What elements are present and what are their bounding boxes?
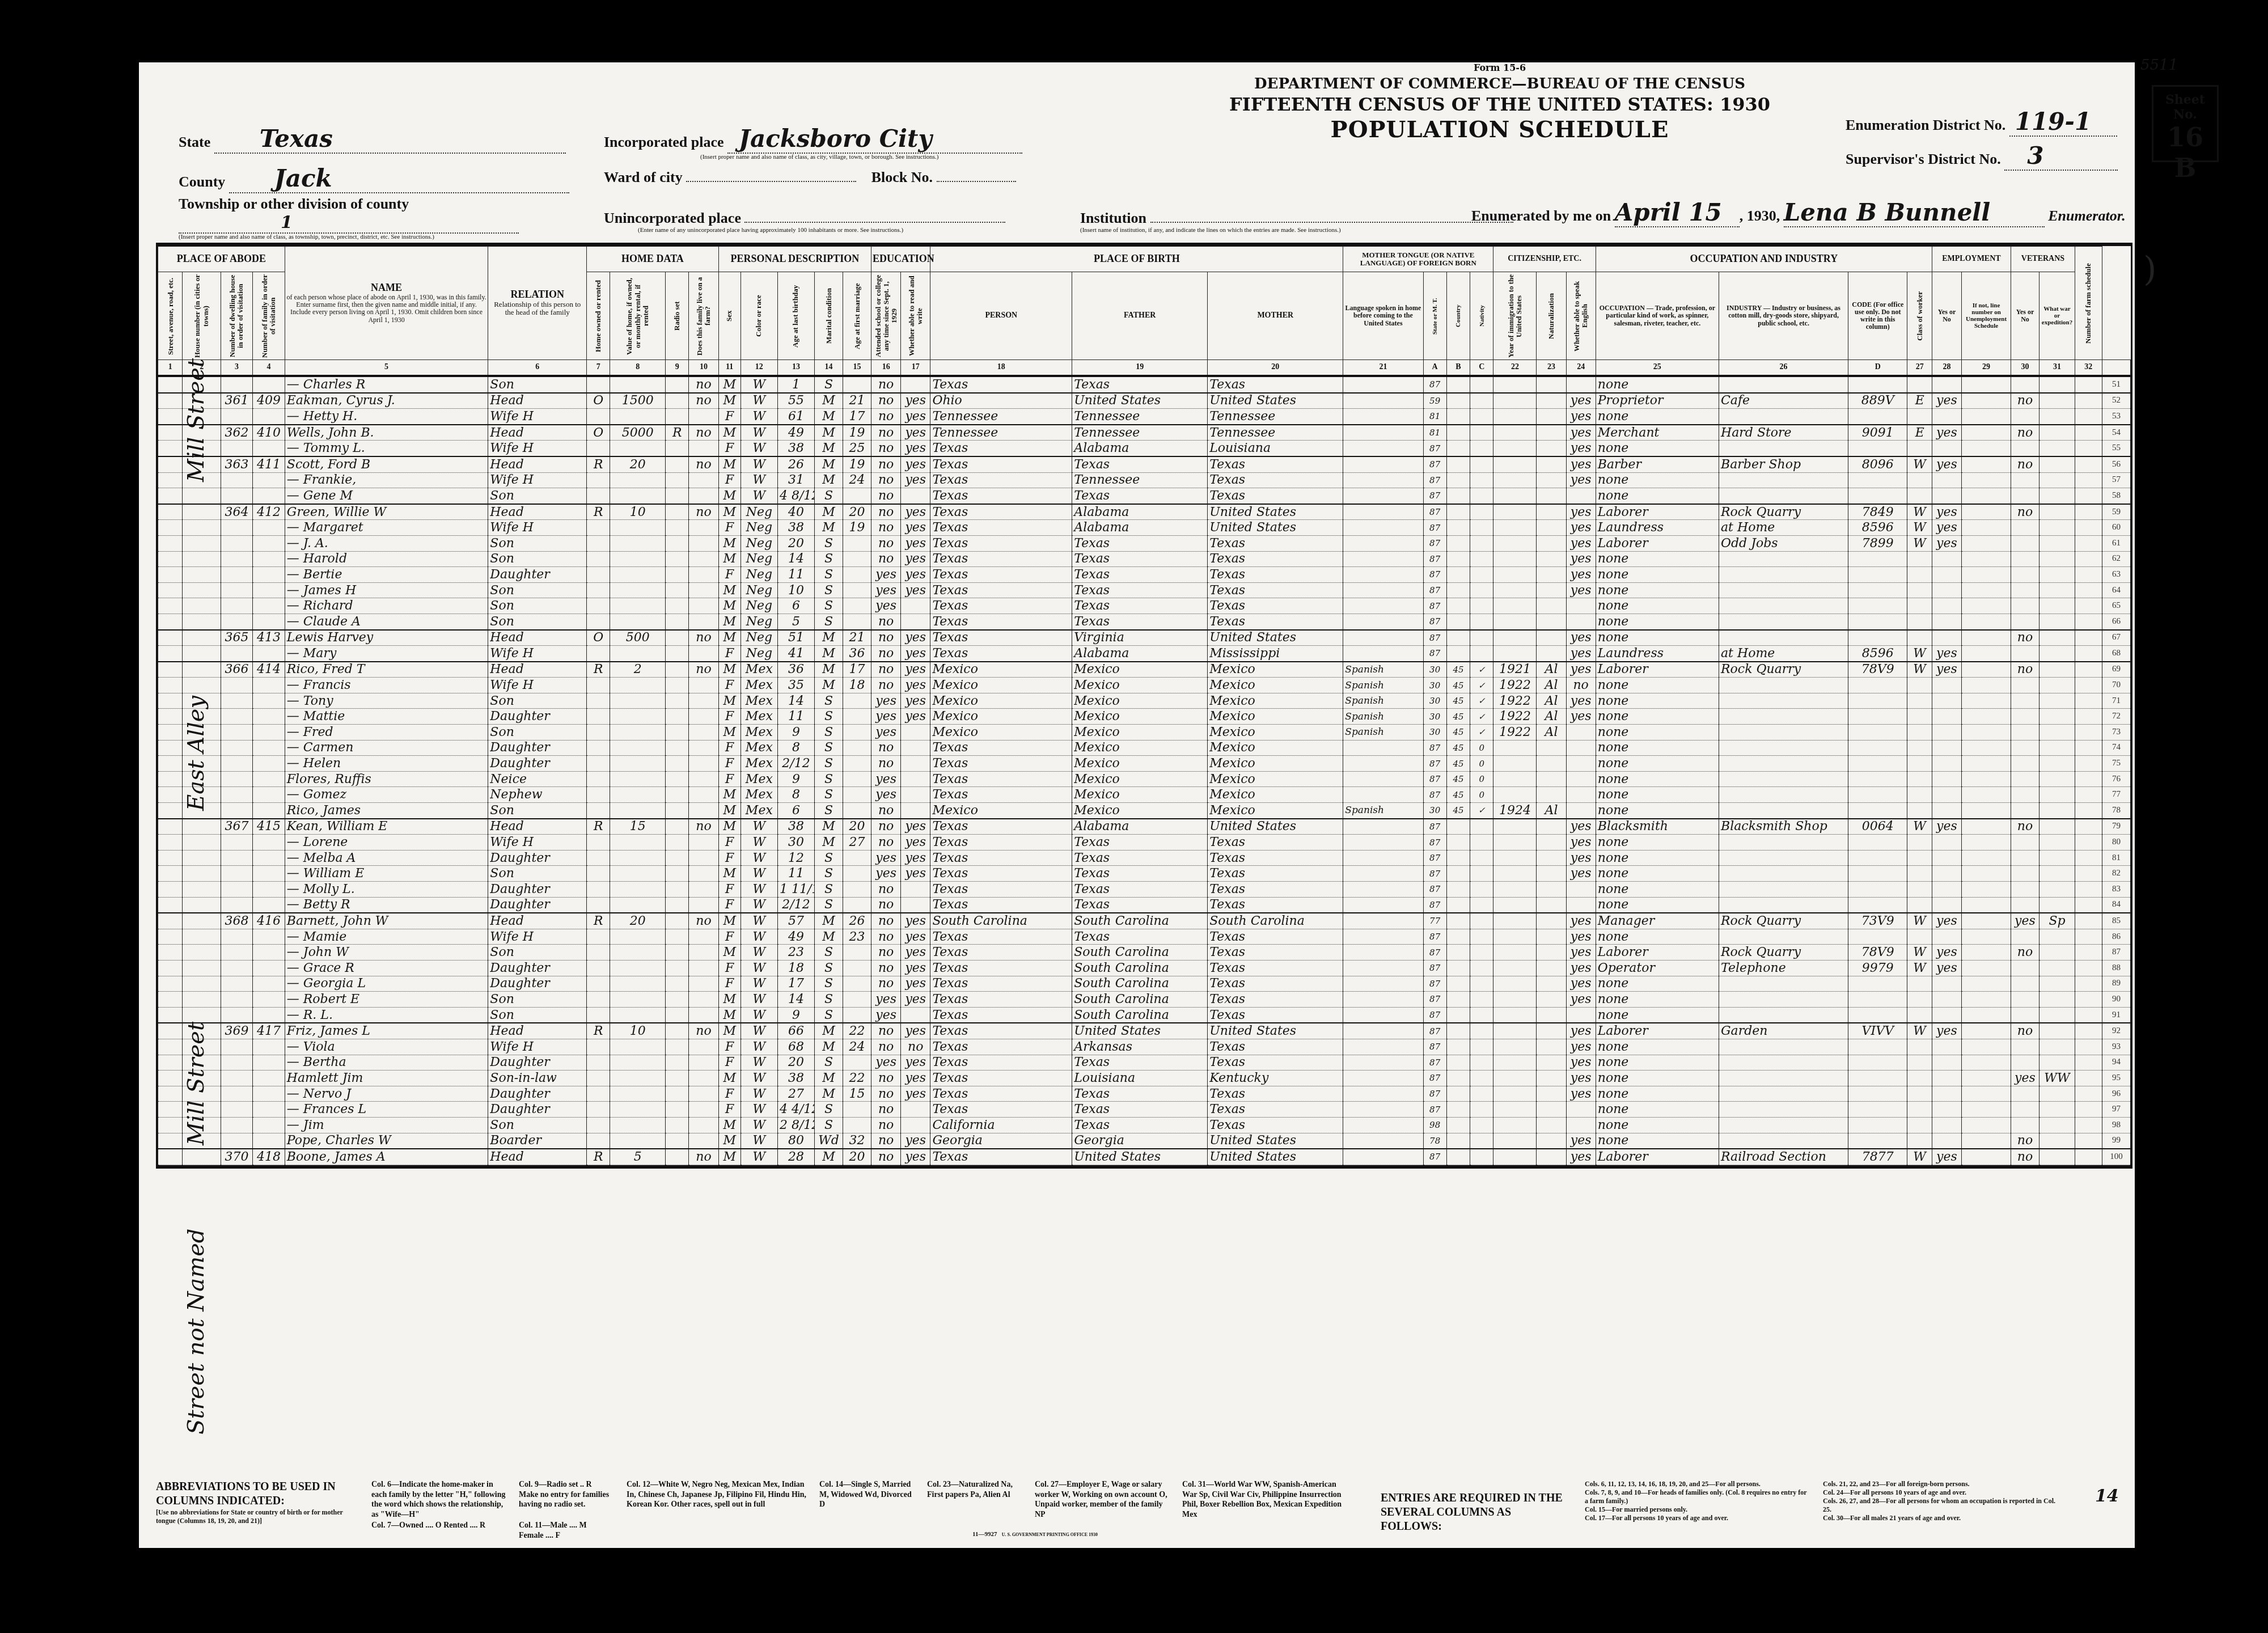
- cell-school: no: [871, 897, 901, 913]
- cell-language: [1343, 929, 1423, 945]
- cell-at-work: [1932, 976, 1961, 992]
- cell-family: [253, 850, 285, 866]
- cell-age-first-marriage: [843, 740, 871, 756]
- cell-marital: M: [815, 913, 843, 929]
- cell-speak-english: [1566, 771, 1596, 787]
- cell-unemployment-line: [1962, 819, 2011, 835]
- cell-farm-schedule: [2075, 1149, 2102, 1165]
- cell-age: 9: [777, 771, 814, 787]
- cell-naturalization: [1537, 409, 1566, 425]
- cell-occupation: none: [1596, 1133, 1719, 1149]
- cell-age-first-marriage: 20: [843, 1149, 871, 1165]
- cell-code-a: 87: [1423, 1039, 1446, 1055]
- cell-read-write: [901, 598, 930, 614]
- column-number: 18: [930, 360, 1072, 376]
- cell-school: yes: [871, 693, 901, 709]
- street-annotation: Mill Street: [183, 358, 209, 482]
- cell-house: [183, 520, 221, 536]
- cell-sex: F: [718, 1039, 741, 1055]
- cell-code-d: [1848, 992, 1907, 1008]
- cell-value: [610, 567, 666, 583]
- cell-war: [2039, 678, 2075, 693]
- cell-radio: [666, 646, 689, 662]
- cell-class-of-worker: [1907, 1102, 1932, 1118]
- cell-pob-father: Texas: [1072, 1117, 1208, 1133]
- cell-occupation: Laundress: [1596, 646, 1719, 662]
- cell-name: Eakman, Cyrus J.: [285, 393, 488, 409]
- cell-pob-mother: Texas: [1208, 882, 1343, 898]
- cell-pob-father: Texas: [1072, 582, 1208, 598]
- cell-dwelling: [221, 976, 252, 992]
- cell-name: Boone, James A: [285, 1149, 488, 1165]
- cell-immigration-year: [1493, 1086, 1537, 1102]
- cell-sex: M: [718, 488, 741, 504]
- cell-industry: Railroad Section: [1719, 1149, 1848, 1165]
- cell-race: Neg: [741, 598, 777, 614]
- cell-class-of-worker: [1907, 771, 1932, 787]
- cell-industry: Rock Quarry: [1719, 945, 1848, 961]
- cell-marital: S: [815, 1007, 843, 1023]
- cell-pob-father: South Carolina: [1072, 976, 1208, 992]
- cell-language: [1343, 488, 1423, 504]
- cell-unemployment-line: [1962, 504, 2011, 520]
- cell-dwelling: [221, 897, 252, 913]
- cell-school: no: [871, 835, 901, 851]
- cell-age: 10: [777, 582, 814, 598]
- cell-school: no: [871, 756, 901, 772]
- census-row: — J. A.SonMNeg20SnoyesTexasTexasTexas87y…: [158, 535, 2131, 551]
- cell-language: [1343, 1007, 1423, 1023]
- cell-age-first-marriage: 26: [843, 913, 871, 929]
- cell-unemployment-line: [1962, 393, 2011, 409]
- cell-read-write: yes: [901, 992, 930, 1008]
- cell-pob-father: Mexico: [1072, 725, 1208, 741]
- cell-code-a: 87: [1423, 1007, 1446, 1023]
- cell-at-work: [1932, 771, 1961, 787]
- cell-pob-mother: Texas: [1208, 488, 1343, 504]
- cell-code-c: [1470, 582, 1493, 598]
- line-number: 97: [2102, 1102, 2130, 1118]
- cell-veteran: [2011, 1007, 2039, 1023]
- cell-street: [158, 709, 183, 725]
- cell-pob-mother: Texas: [1208, 614, 1343, 629]
- cell-war: [2039, 693, 2075, 709]
- cell-school: no: [871, 1039, 901, 1055]
- cell-read-write: yes: [901, 945, 930, 961]
- cell-immigration-year: [1493, 630, 1537, 646]
- cell-industry: at Home: [1719, 646, 1848, 662]
- cell-dwelling: [221, 882, 252, 898]
- col-war: What war or expedition?: [2039, 272, 2075, 360]
- cell-naturalization: [1537, 1102, 1566, 1118]
- column-number: 1: [158, 360, 183, 376]
- cell-language: [1343, 976, 1423, 992]
- cell-language: [1343, 945, 1423, 961]
- cell-family: [253, 929, 285, 945]
- cell-family: [253, 1055, 285, 1071]
- cell-war: [2039, 567, 2075, 583]
- cell-war: [2039, 614, 2075, 629]
- cell-naturalization: [1537, 976, 1566, 992]
- cell-sex: M: [718, 725, 741, 741]
- cell-naturalization: [1537, 504, 1566, 520]
- cell-school: no: [871, 929, 901, 945]
- cell-farm: [689, 1117, 718, 1133]
- cell-naturalization: [1537, 819, 1566, 835]
- cell-at-work: [1932, 409, 1961, 425]
- cell-pob-person: Texas: [930, 866, 1072, 882]
- line-number: 83: [2102, 882, 2130, 898]
- cell-language: [1343, 1117, 1423, 1133]
- cell-dwelling: [221, 614, 252, 629]
- cell-pob-father: Mexico: [1072, 662, 1208, 678]
- cell-pob-person: Mexico: [930, 693, 1072, 709]
- population-table: PLACE OF ABODE NAME of each person whose…: [156, 243, 2132, 1169]
- cell-code-a: 87: [1423, 1102, 1446, 1118]
- cell-value: 5000: [610, 425, 666, 441]
- street-annotation: Mill Street: [183, 1022, 209, 1145]
- cell-code-d: [1848, 614, 1907, 629]
- cell-relation: Daughter: [488, 740, 587, 756]
- cell-pob-person: Georgia: [930, 1133, 1072, 1149]
- cell-value: [610, 960, 666, 976]
- cell-at-work: [1932, 850, 1961, 866]
- col-house-number: House number (in cities or towns): [183, 272, 221, 360]
- cell-farm-schedule: [2075, 1133, 2102, 1149]
- cell-relation: Son: [488, 582, 587, 598]
- cell-sex: M: [718, 456, 741, 472]
- cell-street: [158, 409, 183, 425]
- cell-naturalization: [1537, 866, 1566, 882]
- cell-marital: S: [815, 866, 843, 882]
- cell-code-d: [1848, 630, 1907, 646]
- incorporated-note: (Insert proper name and also name of cla…: [604, 154, 1022, 160]
- cell-name: — Gomez: [285, 787, 488, 803]
- cell-value: [610, 409, 666, 425]
- cell-veteran: [2011, 409, 2039, 425]
- cell-house: [183, 630, 221, 646]
- cell-unemployment-line: [1962, 598, 2011, 614]
- cell-pob-father: South Carolina: [1072, 945, 1208, 961]
- cell-marital: M: [815, 929, 843, 945]
- cell-class-of-worker: [1907, 678, 1932, 693]
- cell-relation: Son: [488, 551, 587, 567]
- abbr-col23: Col. 23—Naturalized Na, First papers Pa,…: [927, 1480, 1023, 1500]
- cell-speak-english: yes: [1566, 992, 1596, 1008]
- cell-farm: no: [689, 913, 718, 929]
- cell-street: [158, 1055, 183, 1071]
- cell-owned: [587, 866, 610, 882]
- cell-radio: [666, 582, 689, 598]
- cell-dwelling: [221, 945, 252, 961]
- cell-dwelling: [221, 441, 252, 456]
- cell-farm-schedule: [2075, 1117, 2102, 1133]
- cell-sex: F: [718, 835, 741, 851]
- cell-class-of-worker: [1907, 835, 1932, 851]
- cell-code-c: [1470, 1039, 1493, 1055]
- cell-code-b: [1446, 409, 1470, 425]
- cell-marital: S: [815, 709, 843, 725]
- cell-age-first-marriage: 21: [843, 630, 871, 646]
- cell-school: no: [871, 1086, 901, 1102]
- cell-value: [610, 803, 666, 819]
- cell-race: W: [741, 456, 777, 472]
- cell-family: 415: [253, 819, 285, 835]
- cell-class-of-worker: [1907, 488, 1932, 504]
- cell-value: [610, 740, 666, 756]
- cell-code-a: 87: [1423, 1149, 1446, 1165]
- cell-farm: [689, 756, 718, 772]
- entries-rule: Cols. 6, 11, 12, 13, 14, 16, 18, 19, 20,…: [1585, 1480, 1812, 1488]
- column-number: 17: [901, 360, 930, 376]
- cell-pob-mother: United States: [1208, 630, 1343, 646]
- cell-race: W: [741, 835, 777, 851]
- cell-radio: [666, 614, 689, 629]
- cell-name: — Mamie: [285, 929, 488, 945]
- line-number: 79: [2102, 819, 2130, 835]
- cell-radio: [666, 913, 689, 929]
- cell-relation: Son: [488, 598, 587, 614]
- cell-pob-mother: Texas: [1208, 551, 1343, 567]
- cell-speak-english: [1566, 787, 1596, 803]
- cell-code-a: 87: [1423, 535, 1446, 551]
- township-value: 1: [179, 213, 519, 234]
- cell-occupation: none: [1596, 1117, 1719, 1133]
- cell-occupation: none: [1596, 614, 1719, 629]
- cell-veteran: [2011, 1086, 2039, 1102]
- cell-code-a: 59: [1423, 393, 1446, 409]
- cell-read-write: yes: [901, 929, 930, 945]
- cell-class-of-worker: [1907, 787, 1932, 803]
- cell-school: no: [871, 976, 901, 992]
- cell-dwelling: 361: [221, 393, 252, 409]
- cell-value: [610, 1086, 666, 1102]
- cell-age: 31: [777, 472, 814, 488]
- census-row: — FrancisWife HFMex35M18noyesMexicoMexic…: [158, 678, 2131, 693]
- cell-language: [1343, 520, 1423, 536]
- cell-occupation: none: [1596, 409, 1719, 425]
- cell-code-b: 45: [1446, 662, 1470, 678]
- cell-pob-father: Louisiana: [1072, 1071, 1208, 1086]
- cell-radio: [666, 929, 689, 945]
- cell-pob-person: Mexico: [930, 662, 1072, 678]
- cell-owned: [587, 1117, 610, 1133]
- cell-code-b: [1446, 866, 1470, 882]
- cell-immigration-year: [1493, 456, 1537, 472]
- cell-sex: M: [718, 1023, 741, 1039]
- cell-war: [2039, 929, 2075, 945]
- cell-veteran: [2011, 614, 2039, 629]
- line-number: 87: [2102, 945, 2130, 961]
- cell-industry: [1719, 409, 1848, 425]
- cell-owned: R: [587, 913, 610, 929]
- cell-name: — Carmen: [285, 740, 488, 756]
- cell-farm: [689, 835, 718, 851]
- col-marital: Marital condition: [815, 272, 843, 360]
- cell-school: no: [871, 504, 901, 520]
- cell-farm: [689, 976, 718, 992]
- cell-language: [1343, 456, 1423, 472]
- cell-school: no: [871, 614, 901, 629]
- cell-code-c: 0: [1470, 756, 1493, 772]
- cell-pob-father: Texas: [1072, 1086, 1208, 1102]
- cell-code-a: 81: [1423, 409, 1446, 425]
- cell-war: [2039, 725, 2075, 741]
- cell-unemployment-line: [1962, 850, 2011, 866]
- form-number: Form 15-6: [1103, 62, 1897, 73]
- cell-family: [253, 787, 285, 803]
- cell-code-b: 45: [1446, 771, 1470, 787]
- cell-language: [1343, 882, 1423, 898]
- cell-marital: S: [815, 850, 843, 866]
- cell-pob-father: Alabama: [1072, 646, 1208, 662]
- cell-dwelling: [221, 567, 252, 583]
- cell-race: Neg: [741, 614, 777, 629]
- cell-occupation: Blacksmith: [1596, 819, 1719, 835]
- cell-dwelling: 368: [221, 913, 252, 929]
- cell-code-a: 87: [1423, 835, 1446, 851]
- cell-industry: at Home: [1719, 520, 1848, 536]
- cell-war: [2039, 866, 2075, 882]
- cell-code-d: 78V9: [1848, 945, 1907, 961]
- cell-dwelling: 365: [221, 630, 252, 646]
- cell-marital: M: [815, 520, 843, 536]
- cell-pob-father: Mexico: [1072, 803, 1208, 819]
- cell-race: W: [741, 976, 777, 992]
- cell-language: [1343, 425, 1423, 441]
- cell-school: no: [871, 913, 901, 929]
- line-number: 71: [2102, 693, 2130, 709]
- cell-age: 14: [777, 693, 814, 709]
- cell-read-write: yes: [901, 504, 930, 520]
- cell-at-work: [1932, 551, 1961, 567]
- cell-value: [610, 1039, 666, 1055]
- cell-pob-mother: Mexico: [1208, 740, 1343, 756]
- cell-read-write: yes: [901, 582, 930, 598]
- cell-code-a: 87: [1423, 376, 1446, 393]
- cell-pob-mother: Texas: [1208, 456, 1343, 472]
- cell-value: 2: [610, 662, 666, 678]
- cell-speak-english: [1566, 897, 1596, 913]
- cell-relation: Daughter: [488, 882, 587, 898]
- schedule-title: POPULATION SCHEDULE: [1103, 116, 1897, 143]
- cell-code-c: [1470, 456, 1493, 472]
- cell-read-write: yes: [901, 409, 930, 425]
- cell-age-first-marriage: [843, 614, 871, 629]
- cell-sex: M: [718, 787, 741, 803]
- cell-war: [2039, 646, 2075, 662]
- cell-unemployment-line: [1962, 1102, 2011, 1118]
- cell-code-a: 87: [1423, 866, 1446, 882]
- col-sex: Sex: [718, 272, 741, 360]
- cell-at-work: [1932, 441, 1961, 456]
- cell-dwelling: [221, 678, 252, 693]
- cell-occupation: none: [1596, 803, 1719, 819]
- cell-code-b: [1446, 850, 1470, 866]
- cell-farm: [689, 1007, 718, 1023]
- cell-occupation: none: [1596, 441, 1719, 456]
- cell-veteran: [2011, 740, 2039, 756]
- cell-pob-father: Mexico: [1072, 693, 1208, 709]
- cell-pob-mother: Texas: [1208, 866, 1343, 882]
- cell-naturalization: Al: [1537, 693, 1566, 709]
- column-number: 10: [689, 360, 718, 376]
- entries-title: ENTRIES ARE REQUIRED IN THE SEVERAL COLU…: [1381, 1491, 1573, 1534]
- col-language: Language spoken in home before coming to…: [1343, 272, 1423, 360]
- cell-pob-mother: Texas: [1208, 582, 1343, 598]
- cell-immigration-year: [1493, 897, 1537, 913]
- cell-immigration-year: [1493, 1149, 1537, 1165]
- cell-farm: [689, 693, 718, 709]
- group-citizenship: CITIZENSHIP, ETC.: [1493, 247, 1596, 272]
- cell-race: W: [741, 929, 777, 945]
- cell-age: 14: [777, 551, 814, 567]
- cell-veteran: no: [2011, 945, 2039, 961]
- cell-sex: M: [718, 1117, 741, 1133]
- cell-school: no: [871, 1071, 901, 1086]
- cell-occupation: Laundress: [1596, 520, 1719, 536]
- cell-street: [158, 551, 183, 567]
- cell-veteran: [2011, 835, 2039, 851]
- cell-code-b: [1446, 1117, 1470, 1133]
- cell-unemployment-line: [1962, 456, 2011, 472]
- cell-street: [158, 646, 183, 662]
- cell-class-of-worker: [1907, 709, 1932, 725]
- cell-pob-mother: United States: [1208, 819, 1343, 835]
- line-number: 95: [2102, 1071, 2130, 1086]
- cell-code-a: 87: [1423, 929, 1446, 945]
- group-place-of-abode: PLACE OF ABODE: [158, 247, 285, 272]
- cell-pob-mother: Mexico: [1208, 803, 1343, 819]
- cell-code-c: [1470, 409, 1493, 425]
- cell-school: no: [871, 960, 901, 976]
- cell-class-of-worker: [1907, 1007, 1932, 1023]
- cell-read-write: yes: [901, 1086, 930, 1102]
- cell-language: [1343, 535, 1423, 551]
- cell-speak-english: yes: [1566, 709, 1596, 725]
- cell-read-write: [901, 725, 930, 741]
- cell-value: [610, 835, 666, 851]
- census-row: — Georgia LDaughterFW17SnoyesTexasSouth …: [158, 976, 2131, 992]
- cell-code-a: 87: [1423, 992, 1446, 1008]
- cell-pob-person: Texas: [930, 1007, 1072, 1023]
- cell-veteran: [2011, 693, 2039, 709]
- cell-school: no: [871, 535, 901, 551]
- cell-code-c: 0: [1470, 771, 1493, 787]
- cell-immigration-year: [1493, 551, 1537, 567]
- cell-speak-english: yes: [1566, 960, 1596, 976]
- line-number: 80: [2102, 835, 2130, 851]
- cell-veteran: [2011, 520, 2039, 536]
- col-pob-person: PERSON: [930, 272, 1072, 360]
- cell-naturalization: [1537, 850, 1566, 866]
- cell-age-first-marriage: [843, 882, 871, 898]
- cell-dwelling: 367: [221, 819, 252, 835]
- cell-occupation: none: [1596, 1039, 1719, 1055]
- cell-dwelling: [221, 771, 252, 787]
- cell-code-d: [1848, 1102, 1907, 1118]
- cell-house: [183, 1149, 221, 1165]
- cell-relation: Daughter: [488, 1055, 587, 1071]
- cell-farm-schedule: [2075, 693, 2102, 709]
- cell-code-d: [1848, 488, 1907, 504]
- cell-naturalization: [1537, 425, 1566, 441]
- cell-farm: [689, 725, 718, 741]
- cell-sex: F: [718, 929, 741, 945]
- cell-speak-english: yes: [1566, 456, 1596, 472]
- cell-radio: [666, 960, 689, 976]
- cell-age: 61: [777, 409, 814, 425]
